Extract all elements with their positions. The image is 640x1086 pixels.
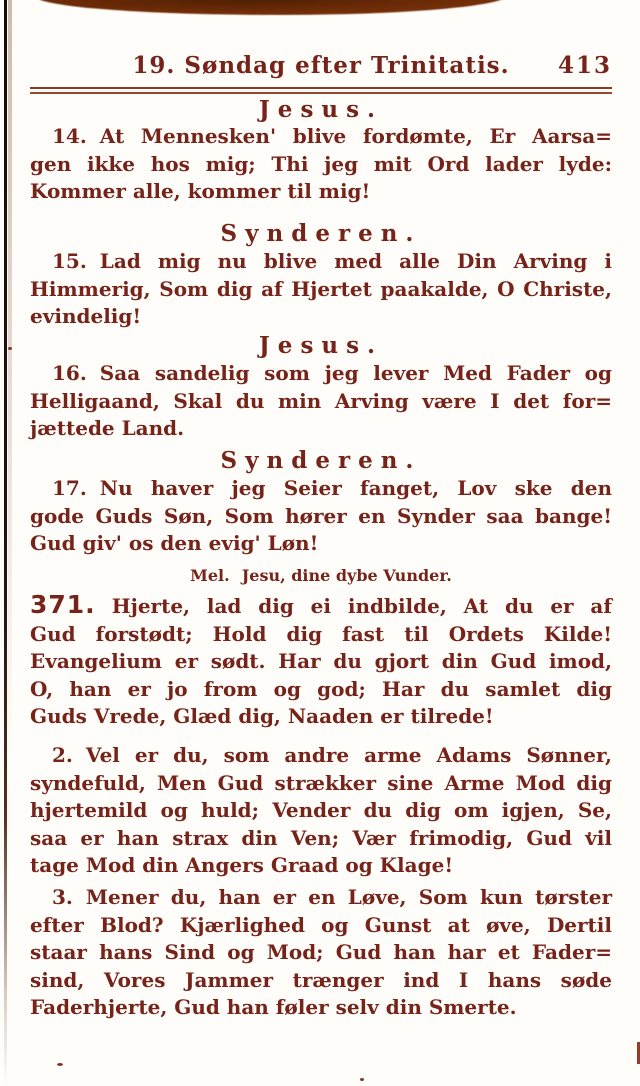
verse-line: O, han er jo from og god; Har du samlet …	[30, 676, 612, 704]
verse-line: Guds Vrede, Glæd dig, Naaden er tilrede!	[30, 703, 612, 731]
verse-line: Kommer alle, kommer til mig!	[30, 178, 612, 206]
verse-line: 14.At Mennesken' blive fordømte, Er Aars…	[30, 123, 612, 151]
verse-line: syndefuld, Men Gud strækker sine Arme Mo…	[30, 770, 612, 798]
page-title: 19. Søndag efter Trinitatis.	[30, 52, 552, 79]
melody-title: Jesu, dine dybe Vunder.	[242, 566, 452, 585]
verse-number: 3.	[52, 884, 73, 912]
book-spine-line	[4, 0, 7, 1086]
speaker-heading-synderen-1: Synderen.	[30, 220, 612, 247]
verse-line: 17.Nu haver jeg Seier fanget, Lov ske de…	[30, 475, 612, 503]
verse-number: 2.	[52, 742, 73, 770]
verse-line: Gud giv' os den evig' Løn!	[30, 530, 612, 558]
verse-number: 14.	[52, 123, 87, 151]
verse-line: jættede Land.	[30, 415, 612, 443]
verse-line: gode Guds Søn, Som hører en Synder saa b…	[30, 503, 612, 531]
verse-line: gen ikke hos mig; Thi jeg mit Ord lader …	[30, 151, 612, 179]
verse-line: efter Blod? Kjærlighed og Gunst at øve, …	[30, 912, 612, 940]
verse-number: 17.	[52, 475, 87, 503]
page-number: 413	[552, 52, 612, 79]
verse-line: 15.Lad mig nu blive med alle Din Arving …	[30, 248, 612, 276]
verse-line-text: Vel er du, som andre arme Adams Sønner,	[86, 743, 612, 767]
hymn-371-verse-2: 2.Vel er du, som andre arme Adams Sønner…	[30, 742, 612, 880]
verse-line: 2.Vel er du, som andre arme Adams Sønner…	[30, 742, 612, 770]
speaker-heading-synderen-2: Synderen.	[30, 447, 612, 474]
verse-line: Evangelium er sødt. Har du gjort din Gud…	[30, 648, 612, 676]
ink-speck	[8, 347, 12, 350]
verse-line-text: Nu haver jeg Seier fanget, Lov ske den	[100, 476, 612, 500]
verse-line-text: Saa sandelig som jeg lever Med Fader og	[100, 361, 612, 385]
melody-label: Mel.	[190, 566, 230, 585]
melody-line: Mel.Jesu, dine dybe Vunder.	[30, 566, 612, 585]
verse-line: hjertemild og huld; Vender du dig om igj…	[30, 797, 612, 825]
verse-line-text: Mener du, han er en Løve, Som kun tørste…	[86, 885, 612, 909]
hymn-371-verse-3: 3.Mener du, han er en Løve, Som kun tørs…	[30, 884, 612, 1022]
verse-17: 17.Nu haver jeg Seier fanget, Lov ske de…	[30, 475, 612, 558]
page-content: 19. Søndag efter Trinitatis. 413 Jesus. …	[30, 0, 612, 1086]
verse-line: Gud forstødt; Hold dig fast til Ordets K…	[30, 621, 612, 649]
verse-line-text: Hjerte, lad dig ei indbilde, At du er af	[112, 594, 612, 618]
verse-line: staar hans Sind og Mod; Gud han har et F…	[30, 939, 612, 967]
verse-line: Faderhjerte, Gud han føler selv din Smer…	[30, 994, 612, 1022]
speaker-heading-jesus-1: Jesus.	[30, 96, 612, 123]
verse-line: 371.Hjerte, lad dig ei indbilde, At du e…	[30, 591, 612, 621]
verse-16: 16.Saa sandelig som jeg lever Med Fader …	[30, 360, 612, 443]
verse-line: sind, Vores Jammer trænger ind I hans sø…	[30, 967, 612, 995]
verse-line: Helligaand, Skal du min Arving være I de…	[30, 388, 612, 416]
verse-line-text: At Mennesken' blive fordømte, Er Aarsa=	[100, 124, 612, 148]
running-header: 19. Søndag efter Trinitatis. 413	[30, 52, 612, 79]
verse-line-text: Lad mig nu blive med alle Din Arving i	[100, 249, 612, 273]
verse-number: 16.	[52, 360, 87, 388]
verse-line: 3.Mener du, han er en Løve, Som kun tørs…	[30, 884, 612, 912]
verse-line: saa er han strax din Ven; Vær frimodig, …	[30, 825, 612, 853]
verse-number: 15.	[52, 248, 87, 276]
verse-line: evindelig!	[30, 303, 612, 331]
verse-14: 14.At Mennesken' blive fordømte, Er Aars…	[30, 123, 612, 206]
book-spine-shadow	[8, 0, 12, 760]
speaker-heading-jesus-2: Jesus.	[30, 332, 612, 359]
scanned-hymnal-page: 19. Søndag efter Trinitatis. 413 Jesus. …	[0, 0, 640, 1086]
verse-line: tage Mod din Angers Graad og Klage!	[30, 852, 612, 880]
header-rule	[30, 87, 612, 94]
verse-line: Himmerig, Som dig af Hjertet paakalde, O…	[30, 276, 612, 304]
hymn-number: 371.	[30, 591, 96, 619]
verse-15: 15.Lad mig nu blive med alle Din Arving …	[30, 248, 612, 331]
hymn-371-verse-1: 371.Hjerte, lad dig ei indbilde, At du e…	[30, 591, 612, 731]
verse-line: 16.Saa sandelig som jeg lever Med Fader …	[30, 360, 612, 388]
